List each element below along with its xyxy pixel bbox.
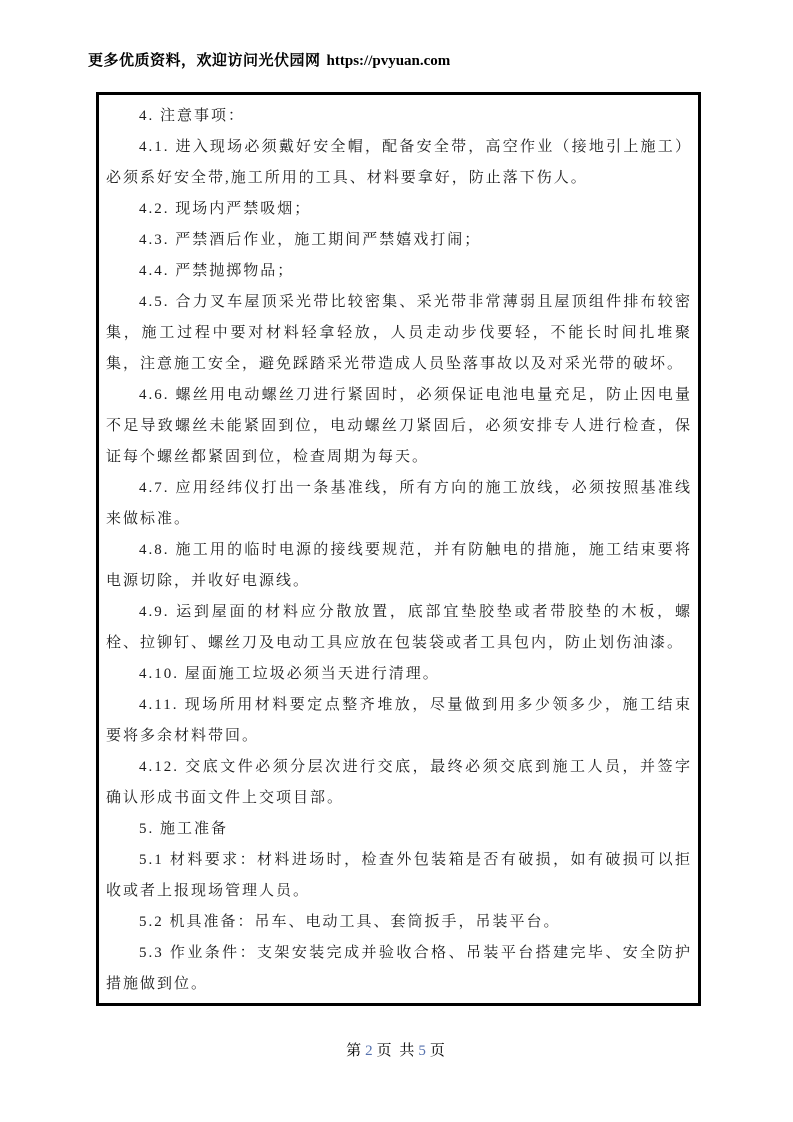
footer-total-page-number: 5 — [416, 1043, 430, 1059]
document-content-box: 4. 注意事项：4.1. 进入现场必须戴好安全帽，配备安全带，高空作业（接地引上… — [96, 92, 701, 1006]
footer-suffix: 页 — [430, 1043, 447, 1059]
document-body: 4. 注意事项：4.1. 进入现场必须戴好安全帽，配备安全带，高空作业（接地引上… — [106, 101, 692, 1000]
paragraph-15: 5.1 材料要求：材料进场时，检查外包装箱是否有破损，如有破损可以拒收或者上报现… — [106, 845, 692, 907]
paragraph-6: 4.5. 合力叉车屋顶采光带比较密集、采光带非常薄弱且屋顶组件排布较密集，施工过… — [106, 287, 692, 380]
paragraph-2: 4.1. 进入现场必须戴好安全帽，配备安全带，高空作业（接地引上施工）必须系好安… — [106, 132, 692, 194]
header-watermark: 更多优质资料，欢迎访问光伏园网https://pvyuan.com — [88, 49, 450, 70]
paragraph-17: 5.3 作业条件：支架安装完成并验收合格、吊装平台搭建完毕、安全防护措施做到位。 — [106, 938, 692, 1000]
paragraph-14: 5. 施工准备 — [106, 814, 692, 845]
paragraph-8: 4.7. 应用经纬仪打出一条基准线，所有方向的施工放线，必须按照基准线来做标准。 — [106, 473, 692, 535]
paragraph-13: 4.12. 交底文件必须分层次进行交底，最终必须交底到施工人员，并签字确认形成书… — [106, 752, 692, 814]
footer-prefix: 第 — [346, 1043, 363, 1059]
paragraph-11: 4.10. 屋面施工垃圾必须当天进行清理。 — [106, 659, 692, 690]
paragraph-4: 4.3. 严禁酒后作业，施工期间严禁嬉戏打闹； — [106, 225, 692, 256]
paragraph-3: 4.2. 现场内严禁吸烟； — [106, 194, 692, 225]
paragraph-7: 4.6. 螺丝用电动螺丝刀进行紧固时，必须保证电池电量充足，防止因电量不足导致螺… — [106, 380, 692, 473]
header-promo-text: 更多优质资料，欢迎访问光伏园网 — [88, 53, 321, 69]
paragraph-12: 4.11. 现场所用材料要定点整齐堆放，尽量做到用多少领多少，施工结束要将多余材… — [106, 690, 692, 752]
paragraph-16: 5.2 机具准备：吊车、电动工具、套筒扳手，吊装平台。 — [106, 907, 692, 938]
paragraph-9: 4.8. 施工用的临时电源的接线要规范，并有防触电的措施，施工结束要将电源切除，… — [106, 535, 692, 597]
paragraph-5: 4.4. 严禁抛掷物品； — [106, 256, 692, 287]
header-url: https://pvyuan.com — [327, 53, 451, 69]
footer-middle: 页 共 — [377, 1043, 417, 1059]
paragraph-10: 4.9. 运到屋面的材料应分散放置，底部宜垫胶垫或者带胶垫的木板，螺栓、拉铆钉、… — [106, 597, 692, 659]
footer-current-page-number: 2 — [363, 1043, 377, 1059]
paragraph-1: 4. 注意事项： — [106, 101, 692, 132]
page-footer: 第2页 共5页 — [0, 1039, 793, 1060]
